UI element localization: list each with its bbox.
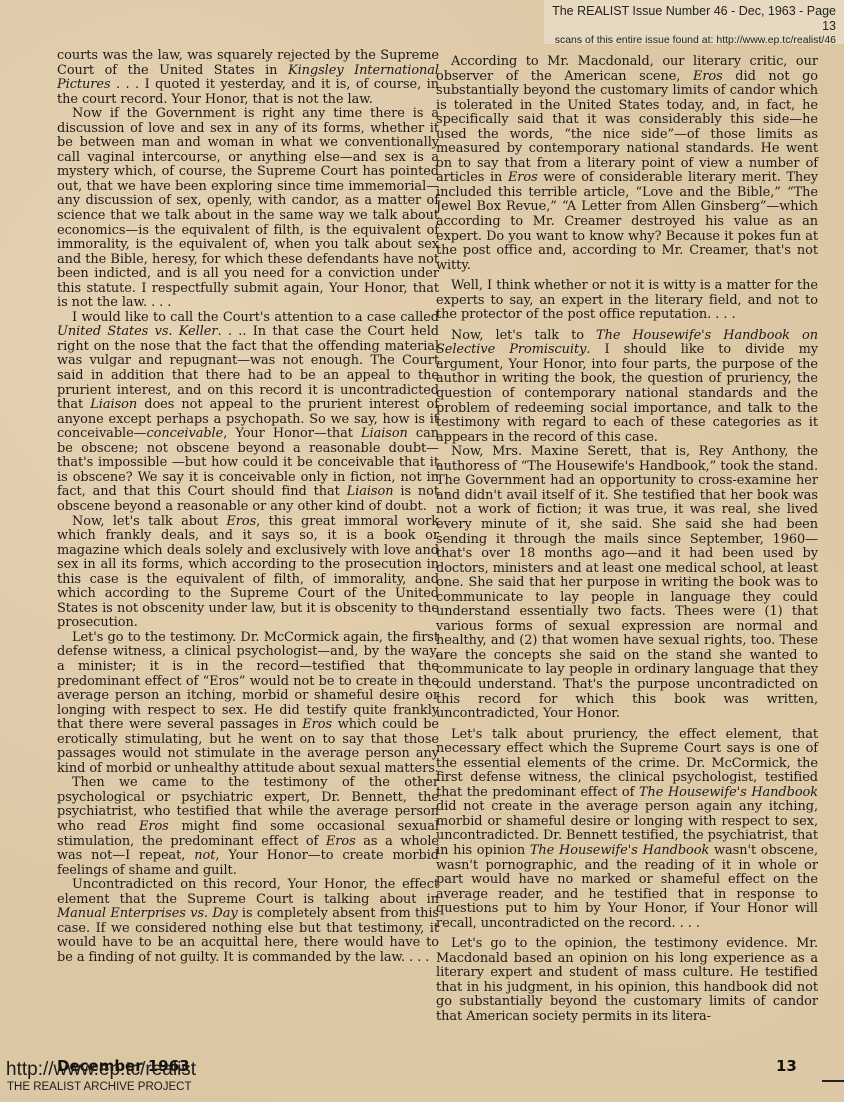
body-paragraph: courts was the law, was squarely rejecte… (57, 49, 439, 107)
text-run: Now, Mrs. Maxine Serett, that is, Rey An… (436, 444, 818, 721)
text-run: Let's go to the opinion, the testimony e… (436, 936, 818, 1024)
text-run: Now, let's talk to (451, 328, 596, 343)
italic-title: The Housewife's Handbook (530, 843, 709, 858)
body-paragraph: Now if the Government is right any time … (57, 107, 439, 311)
right-text-column: According to Mr. Macdonald, our literary… (436, 55, 818, 1025)
body-paragraph: Uncontradicted on this record, Your Hono… (57, 878, 439, 965)
text-run: were of considerable literary merit. The… (436, 170, 818, 272)
text-run: did not go substantially beyond the cust… (436, 69, 818, 186)
italic-title: Manual Enterprises vs. Day (57, 906, 238, 921)
body-paragraph: Now, let's talk about Eros, this great i… (57, 515, 439, 631)
italic-title: Liaison (361, 426, 408, 441)
italic-title: Liaison (90, 397, 137, 412)
italic-title: conceivable (147, 426, 224, 441)
archive-project-name: THE REALIST ARCHIVE PROJECT (7, 1081, 191, 1093)
body-paragraph: Let's talk about pruriency, the effect e… (436, 728, 818, 932)
italic-title: Eros (139, 819, 169, 834)
scans-link-text[interactable]: scans of this entire issue found at: htt… (544, 34, 836, 47)
body-paragraph: Well, I think whether or not it is witty… (436, 279, 818, 323)
italic-title: Eros (226, 514, 256, 529)
body-paragraph: According to Mr. Macdonald, our literary… (436, 55, 818, 273)
text-run: . . . I quoted it yesterday, and it is, … (57, 77, 439, 107)
text-run: , this great immoral work which frankly … (57, 514, 439, 631)
italic-title: Eros (508, 170, 538, 185)
body-paragraph: Then we came to the testimony of the oth… (57, 776, 439, 878)
italic-title: Eros (326, 834, 356, 849)
left-text-column: courts was the law, was squarely rejecte… (57, 49, 439, 965)
body-paragraph: I would like to call the Court's attenti… (57, 311, 439, 515)
italic-title: Eros (302, 717, 332, 732)
text-run: I would like to call the Court's attenti… (72, 310, 439, 325)
body-paragraph: Now, let's talk to The Housewife's Handb… (436, 329, 818, 445)
archive-url-link[interactable]: http://www.ep.tc/realist (6, 1059, 196, 1081)
page-number: 13 (776, 1057, 797, 1075)
archive-header-banner: The REALIST Issue Number 46 - Dec, 1963 … (544, 0, 844, 44)
text-run: Well, I think whether or not it is witty… (436, 278, 818, 322)
italic-title: United States vs. Keller (57, 324, 217, 339)
text-run: Now if the Government is right any time … (57, 106, 439, 310)
text-run: , Your Honor—that (223, 426, 361, 441)
text-run: Now, let's talk about (72, 514, 226, 529)
page-edge-mark (822, 1080, 844, 1082)
body-paragraph: Let's go to the testimony. Dr. McCormick… (57, 631, 439, 776)
text-run: . I should like to divide my argument, Y… (436, 342, 818, 444)
italic-title: not (194, 848, 215, 863)
text-run: Uncontradicted on this record, Your Hono… (57, 877, 439, 907)
issue-title: The REALIST Issue Number 46 - Dec, 1963 … (544, 4, 836, 34)
italic-title: Liaison (347, 484, 394, 499)
italic-title: The Housewife's Handbook (639, 785, 818, 800)
body-paragraph: Let's go to the opinion, the testimony e… (436, 937, 818, 1024)
body-paragraph: Now, Mrs. Maxine Serett, that is, Rey An… (436, 445, 818, 721)
italic-title: Eros (693, 69, 723, 84)
